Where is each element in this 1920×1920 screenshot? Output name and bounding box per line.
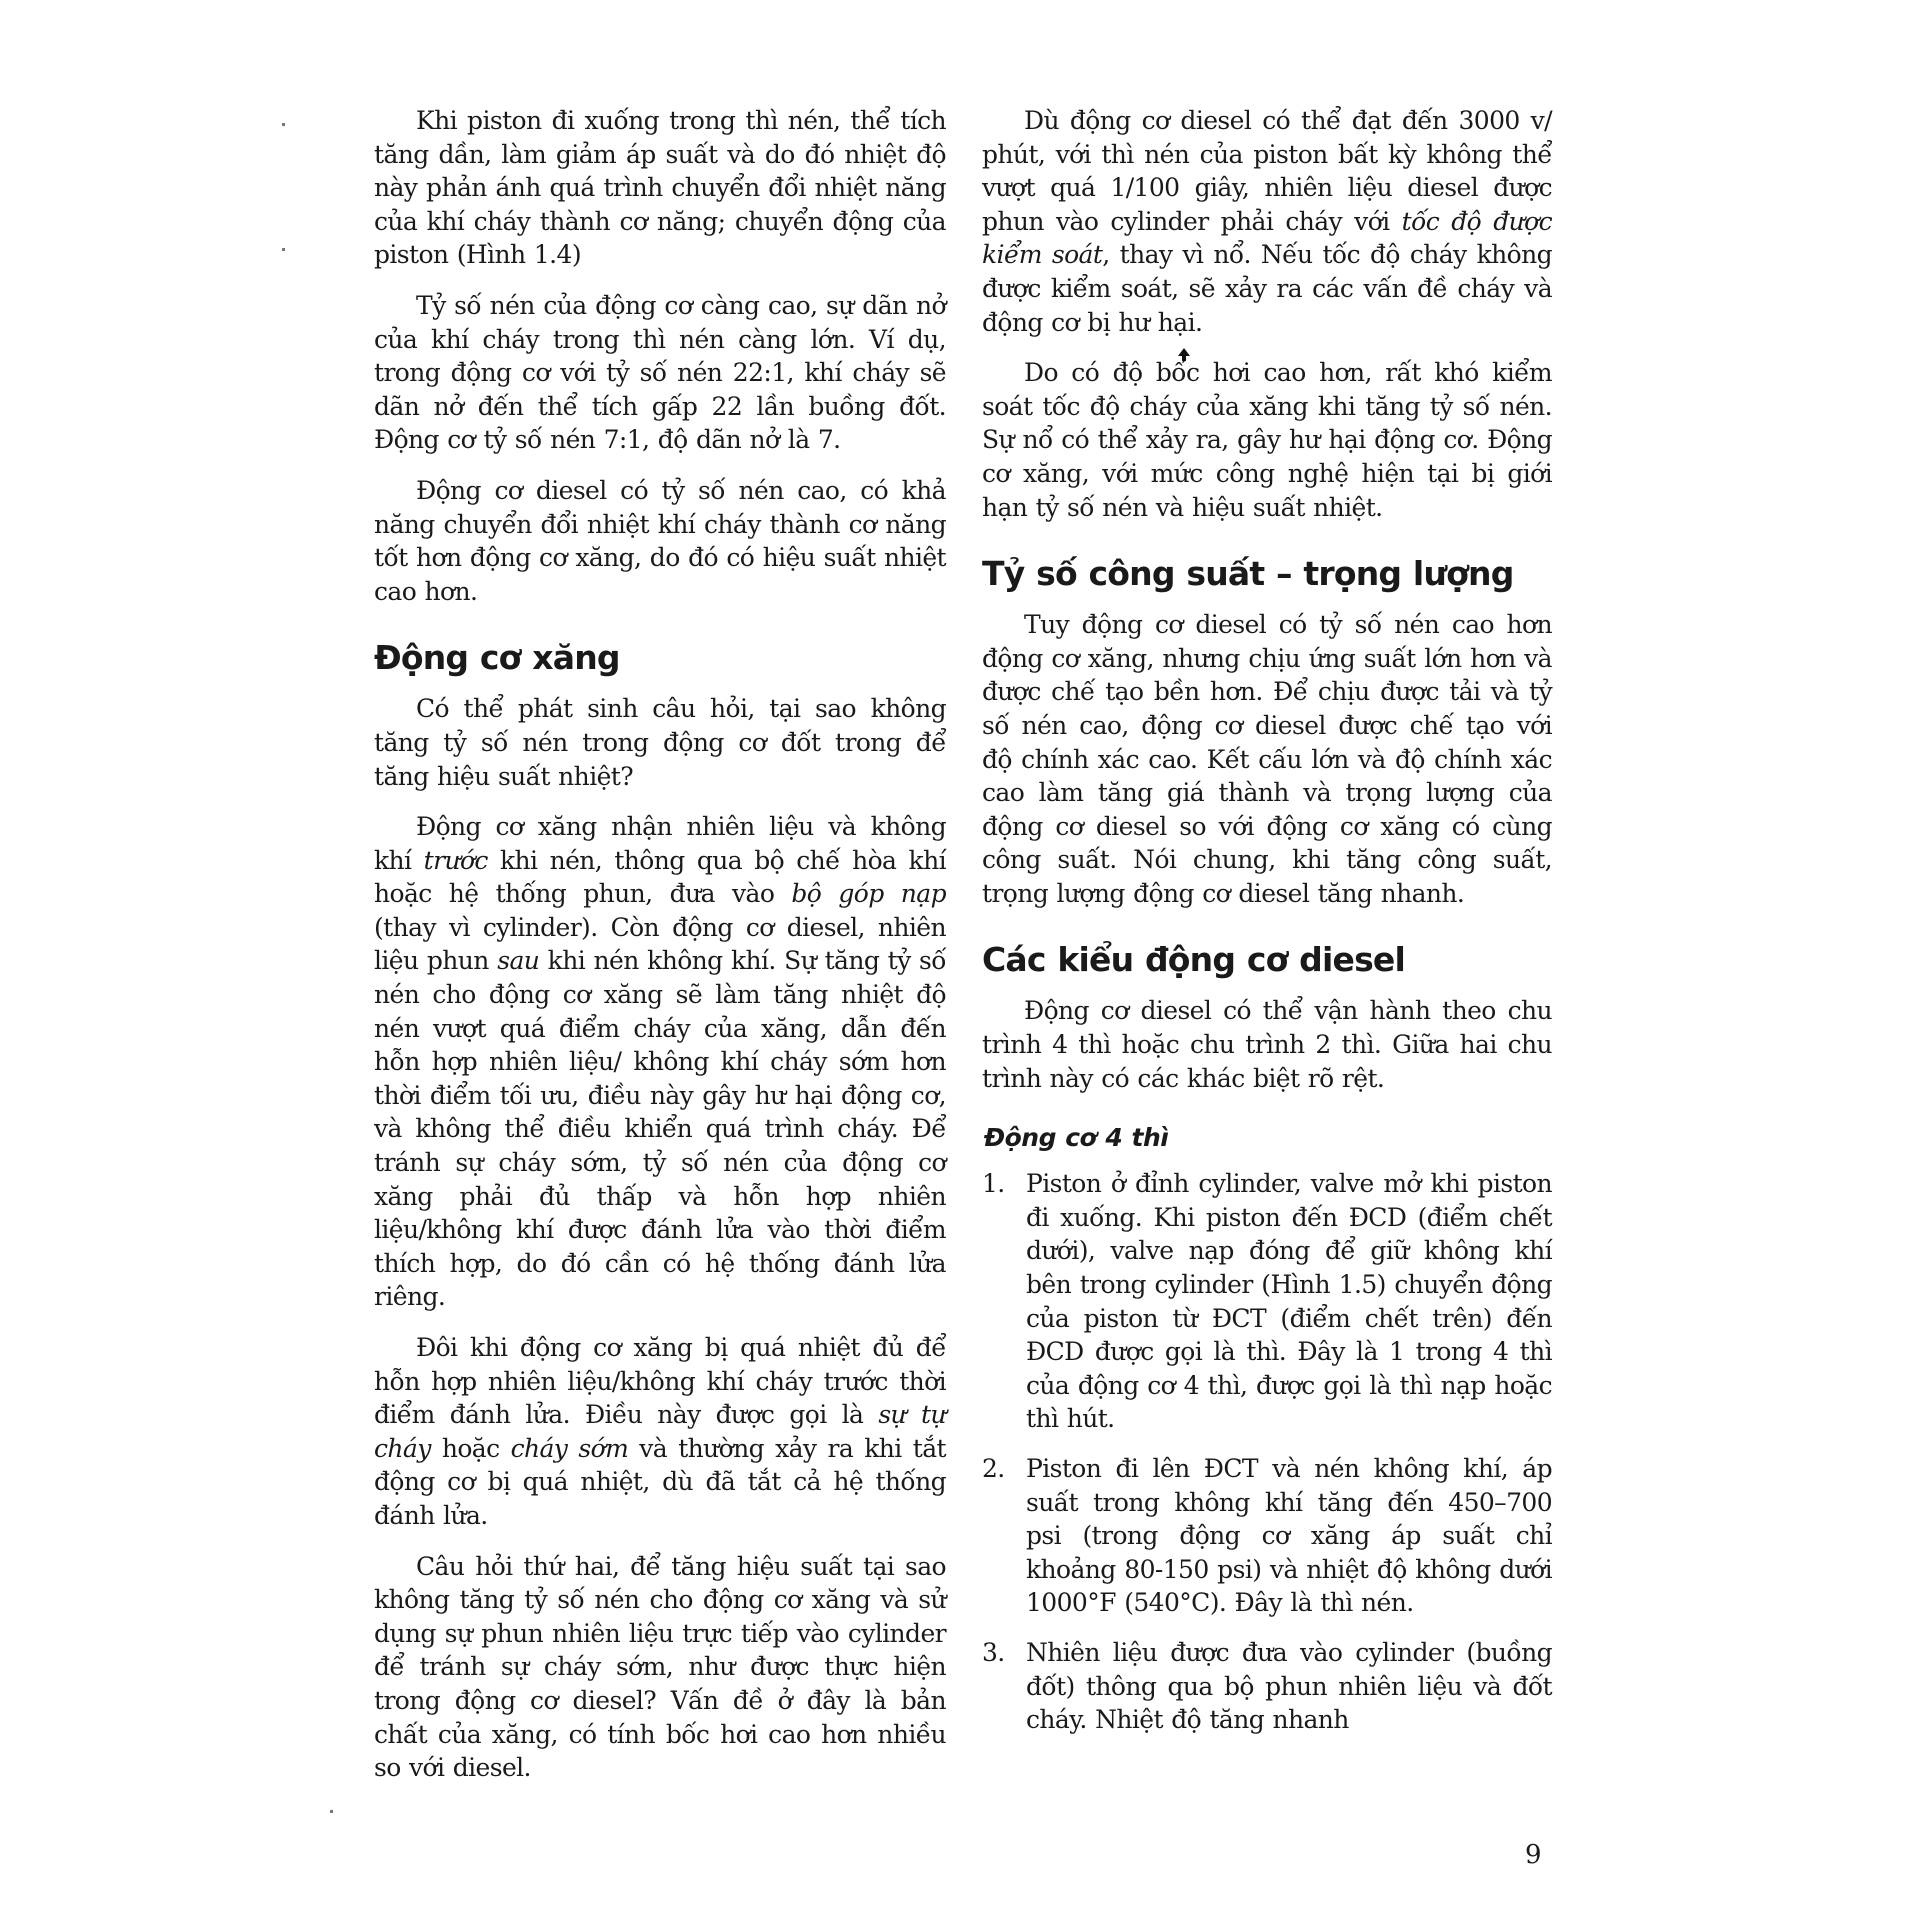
- list-number: 1.: [982, 1167, 1005, 1201]
- section-heading-gasoline-engine: Động cơ xăng: [374, 638, 946, 678]
- paragraph-rich: Đôi khi động cơ xăng bị quá nhiệt đủ để …: [374, 1331, 946, 1533]
- list-item: 2. Piston đi lên ĐCT và nén không khí, á…: [982, 1452, 1552, 1620]
- left-column: Khi piston đi xuống trong thì nén, thể t…: [374, 104, 946, 1802]
- paragraph: Tuy động cơ diesel có tỷ số nén cao hơn …: [982, 608, 1552, 910]
- list-number: 2.: [982, 1452, 1005, 1486]
- scan-speck: [282, 123, 285, 126]
- emphasis-text: trước: [424, 846, 488, 875]
- section-heading-power-weight-ratio: Tỷ số công suất – trọng lượng: [982, 554, 1552, 594]
- list-number: 3.: [982, 1636, 1005, 1670]
- emphasis-text: cháy sớm: [511, 1434, 629, 1463]
- list-item: 1. Piston ở đỉnh cylinder, valve mở khi …: [982, 1167, 1552, 1436]
- four-stroke-steps-list: 1. Piston ở đỉnh cylinder, valve mở khi …: [982, 1167, 1552, 1737]
- paragraph: Động cơ diesel có tỷ số nén cao, có khả …: [374, 474, 946, 608]
- paragraph: Do có độ bốc hơi cao hơn, rất khó kiểm s…: [982, 356, 1552, 524]
- emphasis-text: bộ góp nạp: [791, 879, 946, 908]
- text-run: khi nén không khí. Sự tăng tỷ số nén cho…: [374, 946, 946, 1311]
- text-run: Đôi khi động cơ xăng bị quá nhiệt đủ để …: [374, 1333, 946, 1429]
- scan-speck: [282, 248, 285, 251]
- paragraph: Câu hỏi thứ hai, để tăng hiệu suất tại s…: [374, 1550, 946, 1785]
- paragraph-rich: Động cơ xăng nhận nhiên liệu và không kh…: [374, 810, 946, 1314]
- paragraph-rich: Dù động cơ diesel có thể đạt đến 3000 v/…: [982, 104, 1552, 339]
- text-run: hoặc: [431, 1434, 511, 1463]
- paragraph: Khi piston đi xuống trong thì nén, thể t…: [374, 104, 946, 272]
- page-number: 9: [1525, 1840, 1542, 1870]
- right-column: Dù động cơ diesel có thể đạt đến 3000 v/…: [982, 104, 1552, 1753]
- paragraph: Tỷ số nén của động cơ càng cao, sự dãn n…: [374, 289, 946, 457]
- section-heading-diesel-engine-types: Các kiểu động cơ diesel: [982, 940, 1552, 980]
- book-page: Khi piston đi xuống trong thì nén, thể t…: [0, 0, 1920, 1920]
- list-item: 3. Nhiên liệu được đưa vào cylinder (buồ…: [982, 1636, 1552, 1737]
- subheading-four-stroke: Động cơ 4 thì: [984, 1121, 1552, 1155]
- list-item-text: Piston ở đỉnh cylinder, valve mở khi pis…: [1026, 1169, 1552, 1433]
- paragraph: Động cơ diesel có thể vận hành theo chu …: [982, 994, 1552, 1095]
- list-item-text: Piston đi lên ĐCT và nén không khí, áp s…: [1026, 1454, 1552, 1617]
- scan-speck: [330, 1810, 333, 1813]
- paragraph: Có thể phát sinh câu hỏi, tại sao không …: [374, 692, 946, 793]
- list-item-text: Nhiên liệu được đưa vào cylinder (buồng …: [1026, 1638, 1552, 1734]
- mouse-cursor-icon: [1177, 347, 1191, 367]
- emphasis-text: sau: [497, 946, 539, 975]
